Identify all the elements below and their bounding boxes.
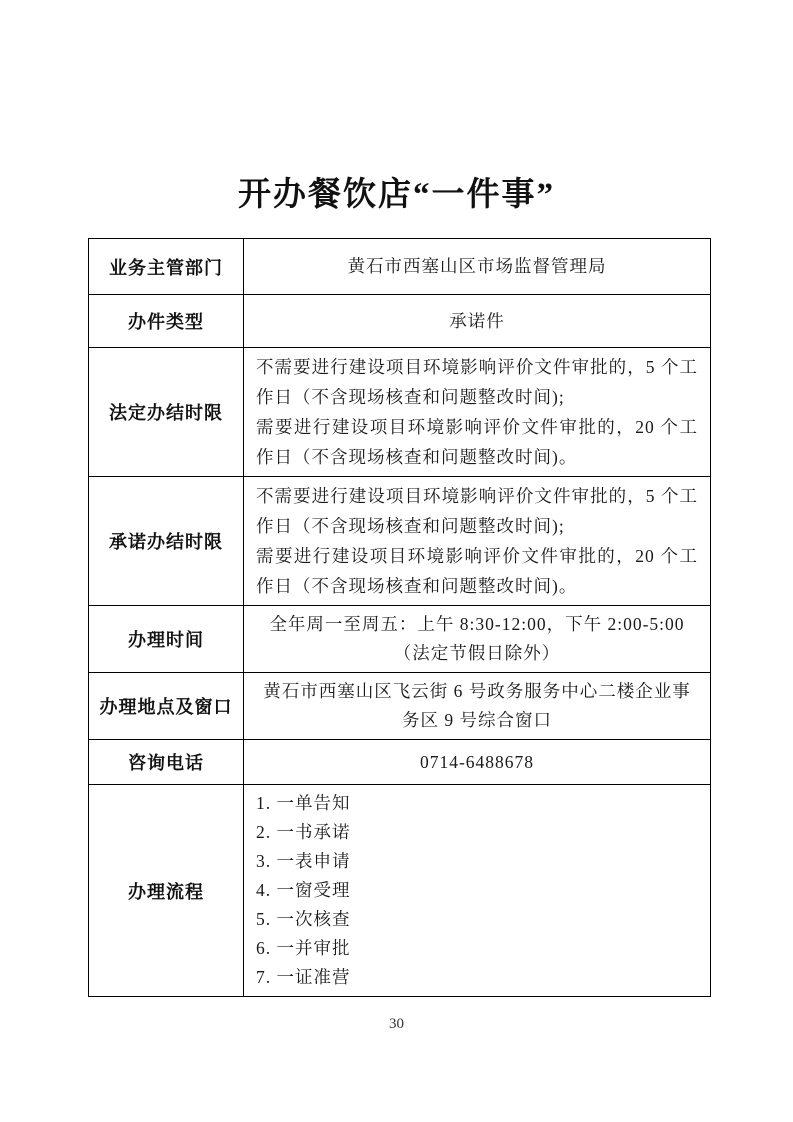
table-row: 办件类型 承诺件 <box>89 295 711 348</box>
processing-time-value: 全年周一至周五：上午 8:30-12:00，下午 2:00-5:00 （法定节假… <box>244 606 711 673</box>
processing-time-label: 办理时间 <box>89 606 244 673</box>
item-type-label: 办件类型 <box>89 295 244 348</box>
consultation-phone-value: 0714-6488678 <box>244 740 711 785</box>
promised-time-limit-value: 不需要进行建设项目环境影响评价文件审批的，5 个工作日（不含现场核查和问题整改时… <box>244 477 711 606</box>
supervising-department-value: 黄石市西塞山区市场监督管理局 <box>244 239 711 295</box>
statutory-time-limit-label: 法定办结时限 <box>89 348 244 477</box>
promised-time-limit-label: 承诺办结时限 <box>89 477 244 606</box>
supervising-department-label: 业务主管部门 <box>89 239 244 295</box>
table-row: 办理时间 全年周一至周五：上午 8:30-12:00，下午 2:00-5:00 … <box>89 606 711 673</box>
processing-location-value: 黄石市西塞山区飞云街 6 号政务服务中心二楼企业事务区 9 号综合窗口 <box>244 673 711 740</box>
page-number: 30 <box>0 1016 793 1033</box>
service-info-table: 业务主管部门 黄石市西塞山区市场监督管理局 办件类型 承诺件 法定办结时限 不需… <box>88 238 711 997</box>
processing-procedure-value: 1. 一单告知 2. 一书承诺 3. 一表申请 4. 一窗受理 5. 一次核查 … <box>244 785 711 997</box>
consultation-phone-label: 咨询电话 <box>89 740 244 785</box>
page-title: 开办餐饮店“一件事” <box>0 168 793 215</box>
table-row: 业务主管部门 黄石市西塞山区市场监督管理局 <box>89 239 711 295</box>
document-page: 开办餐饮店“一件事” 业务主管部门 黄石市西塞山区市场监督管理局 办件类型 承诺… <box>0 0 793 1122</box>
table-row: 办理地点及窗口 黄石市西塞山区飞云街 6 号政务服务中心二楼企业事务区 9 号综… <box>89 673 711 740</box>
statutory-time-limit-value: 不需要进行建设项目环境影响评价文件审批的，5 个工作日（不含现场核查和问题整改时… <box>244 348 711 477</box>
item-type-value: 承诺件 <box>244 295 711 348</box>
processing-procedure-label: 办理流程 <box>89 785 244 997</box>
table-row: 咨询电话 0714-6488678 <box>89 740 711 785</box>
table-row: 办理流程 1. 一单告知 2. 一书承诺 3. 一表申请 4. 一窗受理 5. … <box>89 785 711 997</box>
table-row: 承诺办结时限 不需要进行建设项目环境影响评价文件审批的，5 个工作日（不含现场核… <box>89 477 711 606</box>
processing-location-label: 办理地点及窗口 <box>89 673 244 740</box>
table-row: 法定办结时限 不需要进行建设项目环境影响评价文件审批的，5 个工作日（不含现场核… <box>89 348 711 477</box>
